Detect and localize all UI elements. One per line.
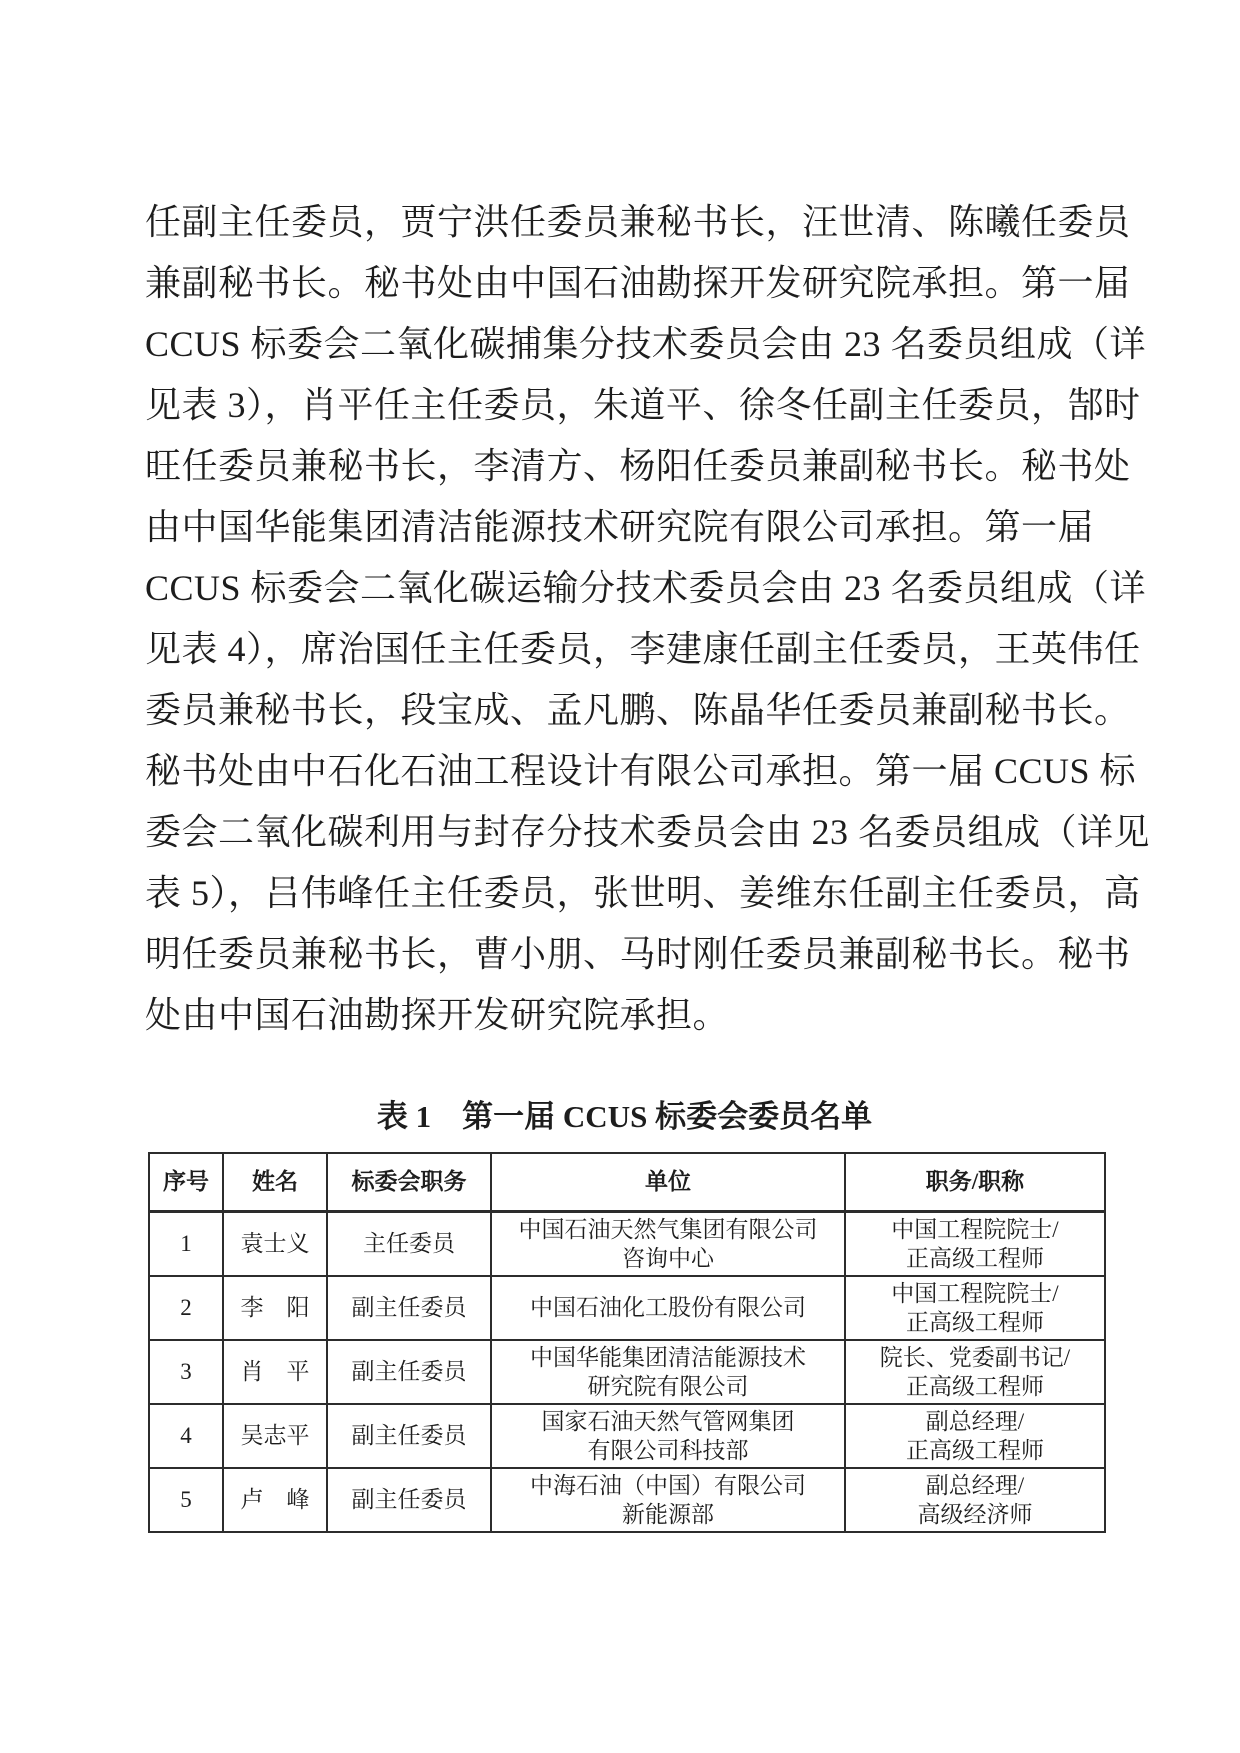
header-cell-title: 职务/职称	[845, 1153, 1105, 1211]
paragraph-line: 见表 4），席治国任主任委员，李建康任副主任委员，王英伟任	[145, 619, 1075, 680]
table-cell: 李 阳	[223, 1276, 327, 1340]
table-cell: 1	[149, 1211, 223, 1276]
table-header-row: 序号 姓名 标委会职务 单位 职务/职称	[149, 1153, 1105, 1211]
table-cell: 3	[149, 1340, 223, 1404]
table-cell: 副主任委员	[327, 1340, 491, 1404]
table-cell: 中国华能集团清洁能源技术 研究院有限公司	[491, 1340, 845, 1404]
paragraph-line: 明任委员兼秘书长，曹小朋、马时刚任委员兼副秘书长。秘书	[145, 924, 1075, 985]
paragraph-line: 委员兼秘书长，段宝成、孟凡鹏、陈晶华任委员兼副秘书长。	[145, 680, 1075, 741]
table-cell: 主任委员	[327, 1211, 491, 1276]
paragraph-line: CCUS 标委会二氧化碳运输分技术委员会由 23 名委员组成（详	[145, 558, 1075, 619]
table-row: 1袁士义主任委员中国石油天然气集团有限公司 咨询中心中国工程院院士/ 正高级工程…	[149, 1211, 1105, 1276]
table-cell: 国家石油天然气管网集团 有限公司科技部	[491, 1404, 845, 1468]
table-cell: 副主任委员	[327, 1468, 491, 1532]
header-cell-org: 单位	[491, 1153, 845, 1211]
table-cell: 副总经理/ 正高级工程师	[845, 1404, 1105, 1468]
table-row: 2李 阳副主任委员中国石油化工股份有限公司中国工程院院士/ 正高级工程师	[149, 1276, 1105, 1340]
paragraph-line: 兼副秘书长。秘书处由中国石油勘探开发研究院承担。第一届	[145, 253, 1075, 314]
paragraph-line: 由中国华能集团清洁能源技术研究院有限公司承担。第一届	[145, 497, 1075, 558]
table-cell: 袁士义	[223, 1211, 327, 1276]
table-row: 5卢 峰副主任委员中海石油（中国）有限公司 新能源部副总经理/ 高级经济师	[149, 1468, 1105, 1532]
table-cell: 5	[149, 1468, 223, 1532]
header-cell-role: 标委会职务	[327, 1153, 491, 1211]
paragraph-line: 见表 3），肖平任主任委员，朱道平、徐冬任副主任委员，郜时	[145, 375, 1075, 436]
body-paragraph: 任副主任委员，贾宁洪任委员兼秘书长，汪世清、陈曦任委员兼副秘书长。秘书处由中国石…	[145, 192, 1075, 1046]
table-row: 3肖 平副主任委员中国华能集团清洁能源技术 研究院有限公司院长、党委副书记/ 正…	[149, 1340, 1105, 1404]
paragraph-line: 旺任委员兼秘书长，李清方、杨阳任委员兼副秘书长。秘书处	[145, 436, 1075, 497]
table-cell: 卢 峰	[223, 1468, 327, 1532]
table-cell: 副主任委员	[327, 1404, 491, 1468]
table-cell: 副主任委员	[327, 1276, 491, 1340]
header-cell-name: 姓名	[223, 1153, 327, 1211]
paragraph-line: 任副主任委员，贾宁洪任委员兼秘书长，汪世清、陈曦任委员	[145, 192, 1075, 253]
paragraph-line: CCUS 标委会二氧化碳捕集分技术委员会由 23 名委员组成（详	[145, 314, 1075, 375]
table-cell: 院长、党委副书记/ 正高级工程师	[845, 1340, 1105, 1404]
table-cell: 4	[149, 1404, 223, 1468]
table-cell: 中海石油（中国）有限公司 新能源部	[491, 1468, 845, 1532]
paragraph-line: 表 5），吕伟峰任主任委员，张世明、姜维东任副主任委员，高	[145, 863, 1075, 924]
table-cell: 中国石油天然气集团有限公司 咨询中心	[491, 1211, 845, 1276]
table-title: 表 1 第一届 CCUS 标委会委员名单	[145, 1096, 1104, 1138]
table-cell: 吴志平	[223, 1404, 327, 1468]
table-cell: 中国石油化工股份有限公司	[491, 1276, 845, 1340]
table-row: 4吴志平副主任委员国家石油天然气管网集团 有限公司科技部副总经理/ 正高级工程师	[149, 1404, 1105, 1468]
paragraph-line: 处由中国石油勘探开发研究院承担。	[145, 985, 1075, 1046]
table-cell: 中国工程院院士/ 正高级工程师	[845, 1276, 1105, 1340]
committee-table: 序号 姓名 标委会职务 单位 职务/职称 1袁士义主任委员中国石油天然气集团有限…	[148, 1152, 1106, 1533]
table-cell: 副总经理/ 高级经济师	[845, 1468, 1105, 1532]
table-cell: 中国工程院院士/ 正高级工程师	[845, 1211, 1105, 1276]
table-cell: 肖 平	[223, 1340, 327, 1404]
document-page: 任副主任委员，贾宁洪任委员兼秘书长，汪世清、陈曦任委员兼副秘书长。秘书处由中国石…	[0, 0, 1240, 1753]
paragraph-line: 秘书处由中石化石油工程设计有限公司承担。第一届 CCUS 标	[145, 741, 1075, 802]
paragraph-line: 委会二氧化碳利用与封存分技术委员会由 23 名委员组成（详见	[145, 802, 1075, 863]
header-cell-index: 序号	[149, 1153, 223, 1211]
table-cell: 2	[149, 1276, 223, 1340]
